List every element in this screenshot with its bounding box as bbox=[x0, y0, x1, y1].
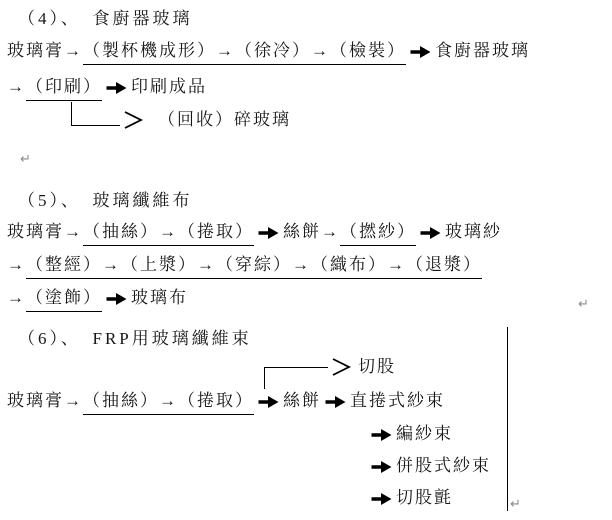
flow-result: 直捲式紗束 bbox=[350, 390, 445, 415]
output-label: 編紗束 bbox=[396, 423, 453, 448]
pilcrow-icon: ↵ bbox=[510, 497, 521, 512]
heavy-arrow-icon bbox=[106, 81, 127, 95]
heavy-arrow-icon bbox=[258, 226, 279, 240]
section5-flow-line-3: → （塗飾） 玻璃布 bbox=[7, 287, 188, 312]
flow-arrow-text: → bbox=[7, 287, 26, 312]
section4-heading: （4）、 食廚器玻璃 bbox=[18, 8, 193, 33]
flow-intermediate: 絲餅→ bbox=[283, 221, 340, 246]
flow-step-underlined: （撚紗） bbox=[340, 221, 416, 246]
heavy-arrow-icon bbox=[106, 292, 127, 306]
section6-heading-text: （6）、 FRP用玻璃纖維束 bbox=[18, 328, 252, 353]
flow-arrow-text: → bbox=[7, 254, 26, 279]
section4-flow-line-1: 玻璃膏→ （製杯機成形）→（徐冷）→（檢裝） 食廚器玻璃 bbox=[7, 40, 530, 65]
flow-source: 玻璃膏→ bbox=[7, 221, 83, 246]
section6-flow-line-1: 玻璃膏→ （抽絲）→（捲取） 絲餅 直捲式紗束 bbox=[7, 390, 445, 415]
flow-source: 玻璃膏→ bbox=[7, 40, 83, 65]
flow-source: 玻璃膏→ bbox=[7, 390, 83, 415]
flow-steps-underlined: （製杯機成形）→（徐冷）→（檢裝） bbox=[83, 40, 406, 65]
flow-result: 玻璃布 bbox=[131, 287, 188, 312]
output-label: 切股氈 bbox=[396, 487, 453, 512]
heavy-arrow-icon bbox=[420, 226, 441, 240]
section4-flow-line-2: → （印刷） 印刷成品 bbox=[7, 76, 207, 101]
section5-heading: （5）、 玻璃纖維布 bbox=[18, 190, 193, 215]
flow-steps-underlined: （抽絲）→（捲取） bbox=[83, 221, 254, 246]
heavy-arrow-icon bbox=[371, 428, 392, 442]
heavy-arrow-icon bbox=[371, 460, 392, 474]
flow-steps-underlined: （抽絲）→（捲取） bbox=[83, 390, 254, 415]
branch-arrowhead-icon bbox=[122, 110, 144, 130]
flow-arrow-text: → bbox=[7, 76, 26, 101]
branch-label: （回收）碎玻璃 bbox=[158, 109, 291, 134]
output-label: 併股式紗束 bbox=[396, 455, 491, 480]
section4-branch-label-line: （回收）碎玻璃 bbox=[158, 109, 291, 134]
heavy-arrow-icon bbox=[325, 395, 346, 409]
heavy-arrow-icon bbox=[258, 395, 279, 409]
section6-heading: （6）、 FRP用玻璃纖維束 bbox=[18, 328, 252, 353]
branch-connector-line bbox=[71, 102, 120, 126]
flow-step-underlined: （塗飾） bbox=[26, 287, 102, 312]
section5-heading-text: （5）、 玻璃纖維布 bbox=[18, 190, 193, 215]
branch-connector-line bbox=[264, 367, 328, 389]
flow-intermediate: 絲餅 bbox=[283, 390, 321, 415]
flow-result: 食廚器玻璃 bbox=[435, 40, 530, 65]
section6-branch-label-line: 切股 bbox=[358, 356, 396, 381]
pilcrow-icon: ↵ bbox=[578, 297, 589, 312]
pilcrow-icon: ↵ bbox=[20, 152, 31, 167]
flow-result: 印刷成品 bbox=[131, 76, 207, 101]
section5-flow-line-2: → （整經）→（上漿）→（穿綜）→（織布）→（退漿） bbox=[7, 254, 482, 279]
heavy-arrow-icon bbox=[410, 45, 431, 59]
section6-output-line: 編紗束 bbox=[371, 423, 453, 448]
flow-steps-underlined: （整經）→（上漿）→（穿綜）→（織布）→（退漿） bbox=[26, 254, 482, 279]
section5-flow-line-1: 玻璃膏→ （抽絲）→（捲取） 絲餅→ （撚紗） 玻璃紗 bbox=[7, 221, 502, 246]
heavy-arrow-icon bbox=[371, 492, 392, 506]
section4-heading-text: （4）、 食廚器玻璃 bbox=[18, 8, 193, 33]
branch-label: 切股 bbox=[358, 356, 396, 381]
flow-step-underlined: （印刷） bbox=[26, 76, 102, 101]
document-page: （4）、 食廚器玻璃 玻璃膏→ （製杯機成形）→（徐冷）→（檢裝） 食廚器玻璃 … bbox=[0, 0, 612, 520]
section6-output-line: 併股式紗束 bbox=[371, 455, 491, 480]
branch-arrowhead-icon bbox=[330, 357, 352, 377]
flow-result: 玻璃紗 bbox=[445, 221, 502, 246]
vertical-rule bbox=[507, 327, 508, 511]
section6-output-line: 切股氈 bbox=[371, 487, 453, 512]
